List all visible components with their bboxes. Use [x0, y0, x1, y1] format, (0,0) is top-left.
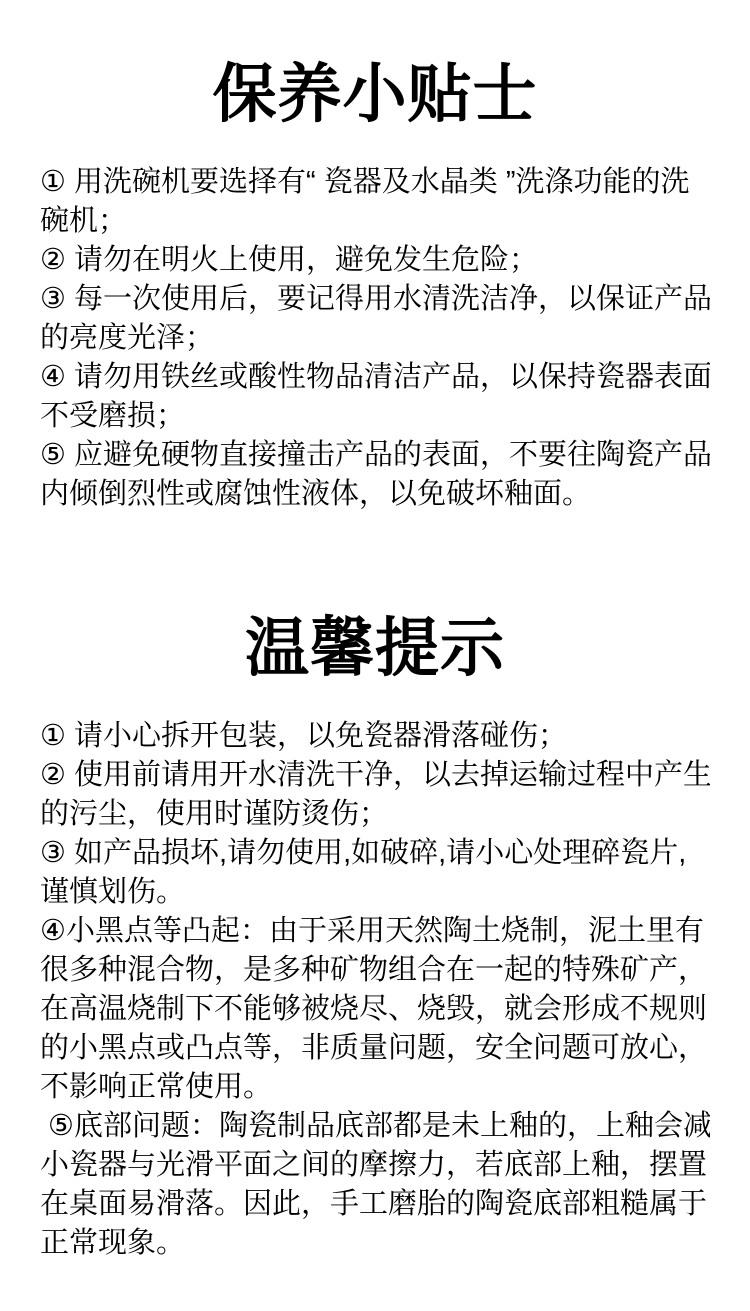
- tip-line: 正常现象。: [40, 1224, 710, 1263]
- tip-line: ③ 每一次使用后，要记得用水清洗洁净，以保证产品: [40, 280, 710, 319]
- tip-line: 不影响正常使用。: [40, 1068, 710, 1107]
- product-care-instructions-page: 保养小贴士 ① 用洗碗机要选择有“ 瓷器及水晶类 ”洗涤功能的洗碗机；② 请勿在…: [0, 0, 750, 1311]
- section-care-tips: 保养小贴士 ① 用洗碗机要选择有“ 瓷器及水晶类 ”洗涤功能的洗碗机；② 请勿在…: [0, 0, 750, 514]
- tip-line: ③ 如产品损坏,请勿使用,如破碎,请小心处理碎瓷片,: [40, 834, 710, 873]
- warm-tips-list: ① 请小心拆开包装，以免瓷器滑落碰伤；② 使用前请用开水清洗干净，以去掉运输过程…: [0, 717, 750, 1263]
- tip-item: ③ 每一次使用后，要记得用水清洗洁净，以保证产品的亮度光泽；: [40, 280, 710, 358]
- tip-line: ① 请小心拆开包装，以免瓷器滑落碰伤；: [40, 717, 710, 756]
- tip-line: 很多种混合物，是多种矿物组合在一起的特殊矿产，: [40, 951, 710, 990]
- tip-line: 的小黑点或凸点等，非质量问题，安全问题可放心，: [40, 1029, 710, 1068]
- tip-line: 在桌面易滑落。因此，手工磨胎的陶瓷底部粗糙属于: [40, 1185, 710, 1224]
- tip-line: 内倾倒烈性或腐蚀性液体，以免破坏釉面。: [40, 475, 710, 514]
- tip-line: 在高温烧制下不能够被烧尽、烧毁，就会形成不规则: [40, 990, 710, 1029]
- tip-line: ② 请勿在明火上使用，避免发生危险；: [40, 241, 710, 280]
- tip-line: ④小黑点等凸起：由于采用天然陶土烧制，泥土里有: [40, 912, 710, 951]
- tip-item: ② 请勿在明火上使用，避免发生危险；: [40, 241, 710, 280]
- tip-line: ⑤ 应避免硬物直接撞击产品的表面，不要往陶瓷产品: [40, 436, 710, 475]
- tip-item: ⑤ 应避免硬物直接撞击产品的表面，不要往陶瓷产品内倾倒烈性或腐蚀性液体，以免破坏…: [40, 436, 710, 514]
- tip-line: ⑤底部问题：陶瓷制品底部都是未上釉的，上釉会减: [40, 1107, 710, 1146]
- care-tips-title: 保养小贴士: [0, 0, 750, 133]
- section-warm-tips: 温馨提示 ① 请小心拆开包装，以免瓷器滑落碰伤；② 使用前请用开水清洗干净，以去…: [0, 514, 750, 1263]
- tip-item: ⑤底部问题：陶瓷制品底部都是未上釉的，上釉会减小瓷器与光滑平面之间的摩擦力，若底…: [40, 1107, 710, 1263]
- tip-line: 不受磨损；: [40, 397, 710, 436]
- tip-item: ① 请小心拆开包装，以免瓷器滑落碰伤；: [40, 717, 710, 756]
- tip-line: 的亮度光泽；: [40, 319, 710, 358]
- care-tips-list: ① 用洗碗机要选择有“ 瓷器及水晶类 ”洗涤功能的洗碗机；② 请勿在明火上使用，…: [0, 163, 750, 514]
- tip-item: ④ 请勿用铁丝或酸性物品清洁产品，以保持瓷器表面不受磨损；: [40, 358, 710, 436]
- tip-line: ④ 请勿用铁丝或酸性物品清洁产品，以保持瓷器表面: [40, 358, 710, 397]
- tip-line: 小瓷器与光滑平面之间的摩擦力，若底部上釉，摆置: [40, 1146, 710, 1185]
- tip-item: ② 使用前请用开水清洗干净，以去掉运输过程中产生的污尘，使用时谨防烫伤；: [40, 756, 710, 834]
- tip-line: ② 使用前请用开水清洗干净，以去掉运输过程中产生: [40, 756, 710, 795]
- tip-line: ① 用洗碗机要选择有“ 瓷器及水晶类 ”洗涤功能的洗: [40, 163, 710, 202]
- tip-item: ① 用洗碗机要选择有“ 瓷器及水晶类 ”洗涤功能的洗碗机；: [40, 163, 710, 241]
- warm-tips-title: 温馨提示: [0, 514, 750, 687]
- tip-line: 碗机；: [40, 202, 710, 241]
- tip-item: ③ 如产品损坏,请勿使用,如破碎,请小心处理碎瓷片,谨慎划伤。: [40, 834, 710, 912]
- tip-line: 谨慎划伤。: [40, 873, 710, 912]
- tip-line: 的污尘，使用时谨防烫伤；: [40, 795, 710, 834]
- tip-item: ④小黑点等凸起：由于采用天然陶土烧制，泥土里有很多种混合物，是多种矿物组合在一起…: [40, 912, 710, 1107]
